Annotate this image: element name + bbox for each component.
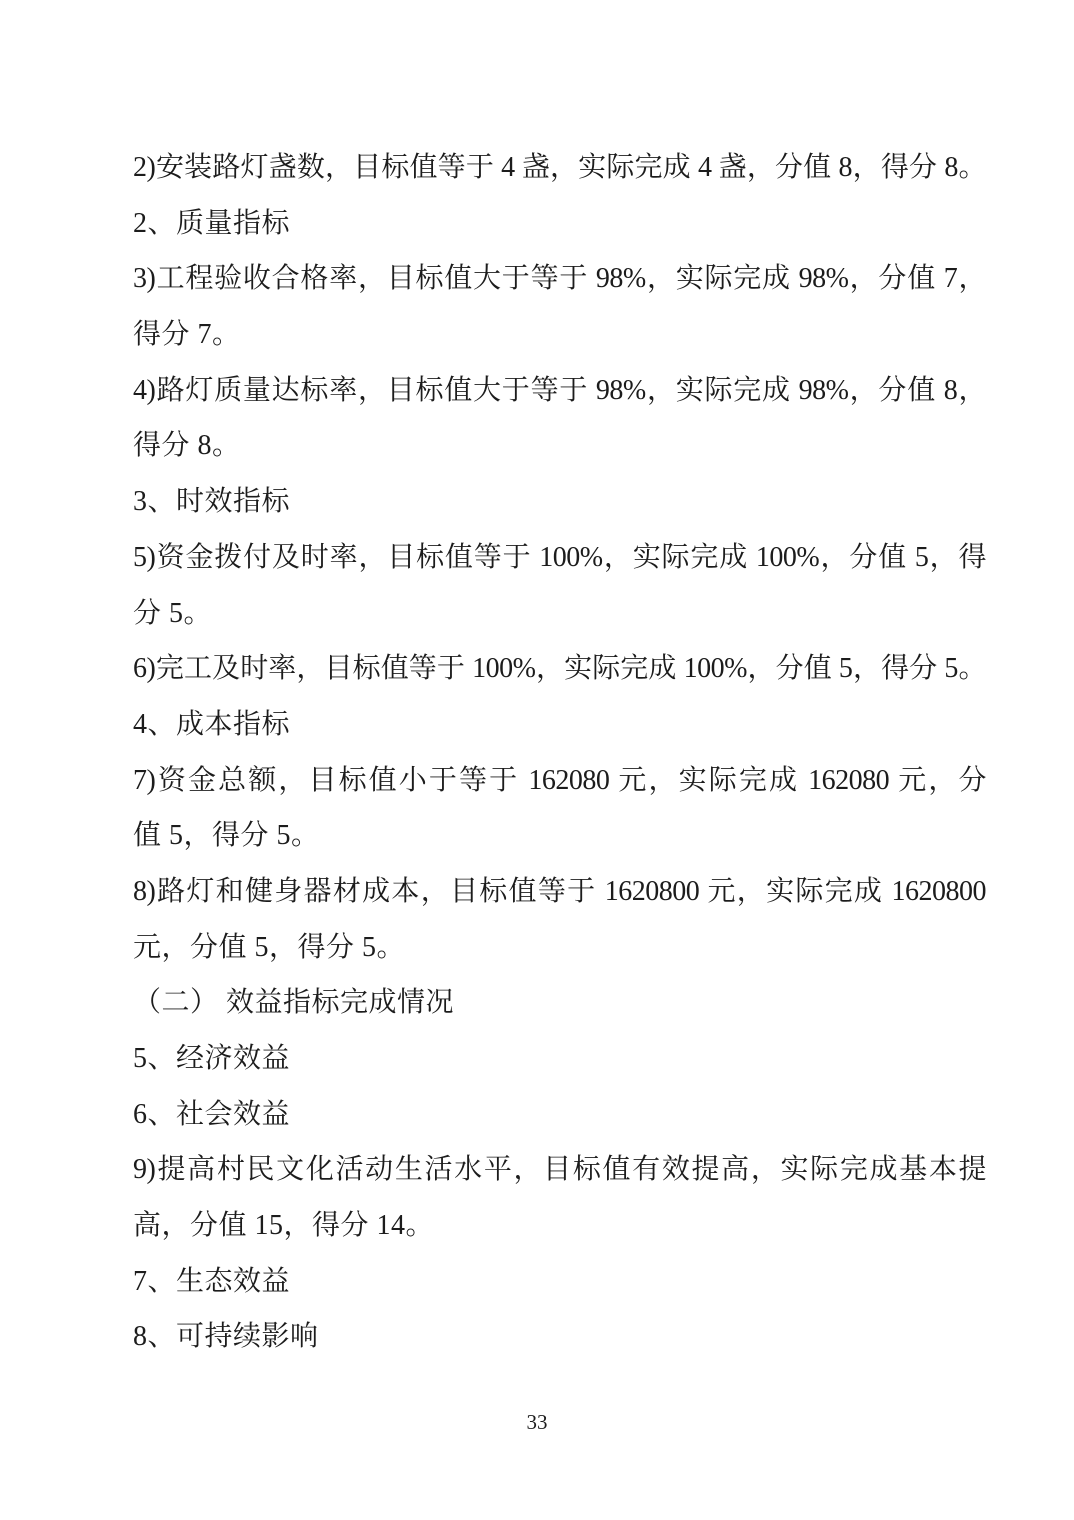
text-line: 4、成本指标 bbox=[133, 697, 986, 753]
text-line: 8)路灯和健身器材成本，目标值等于 1620800 元，实际完成 1620800 bbox=[133, 864, 986, 920]
text-line: 7)资金总额，目标值小于等于 162080 元，实际完成 162080 元，分 bbox=[133, 753, 986, 809]
text-line: 值 5，得分 5。 bbox=[133, 808, 986, 864]
text-line: 4)路灯质量达标率，目标值大于等于 98%，实际完成 98%，分值 8， bbox=[133, 363, 986, 419]
text-line: 9)提高村民文化活动生活水平，目标值有效提高，实际完成基本提 bbox=[133, 1142, 986, 1198]
text-line: 2、质量指标 bbox=[133, 196, 986, 252]
page-number: 33 bbox=[0, 1410, 1074, 1435]
text-line: 2)安装路灯盏数，目标值等于 4 盏，实际完成 4 盏，分值 8，得分 8。 bbox=[133, 140, 986, 196]
body-text: 2)安装路灯盏数，目标值等于 4 盏，实际完成 4 盏，分值 8，得分 8。2、… bbox=[133, 140, 986, 1365]
text-line: 得分 8。 bbox=[133, 418, 986, 474]
text-line: 元，分值 5，得分 5。 bbox=[133, 920, 986, 976]
text-line: 得分 7。 bbox=[133, 307, 986, 363]
text-line: 5)资金拨付及时率，目标值等于 100%，实际完成 100%，分值 5，得 bbox=[133, 530, 986, 586]
text-line: 7、生态效益 bbox=[133, 1254, 986, 1310]
text-line: 高，分值 15，得分 14。 bbox=[133, 1198, 986, 1254]
text-line: 6、社会效益 bbox=[133, 1087, 986, 1143]
text-line: （二） 效益指标完成情况 bbox=[133, 975, 986, 1031]
text-line: 3、时效指标 bbox=[133, 474, 986, 530]
text-line: 分 5。 bbox=[133, 586, 986, 642]
document-page: 2)安装路灯盏数，目标值等于 4 盏，实际完成 4 盏，分值 8，得分 8。2、… bbox=[0, 0, 1074, 1520]
text-line: 3)工程验收合格率，目标值大于等于 98%，实际完成 98%，分值 7， bbox=[133, 251, 986, 307]
text-line: 6)完工及时率，目标值等于 100%，实际完成 100%，分值 5，得分 5。 bbox=[133, 641, 986, 697]
text-line: 5、经济效益 bbox=[133, 1031, 986, 1087]
text-line: 8、可持续影响 bbox=[133, 1309, 986, 1365]
